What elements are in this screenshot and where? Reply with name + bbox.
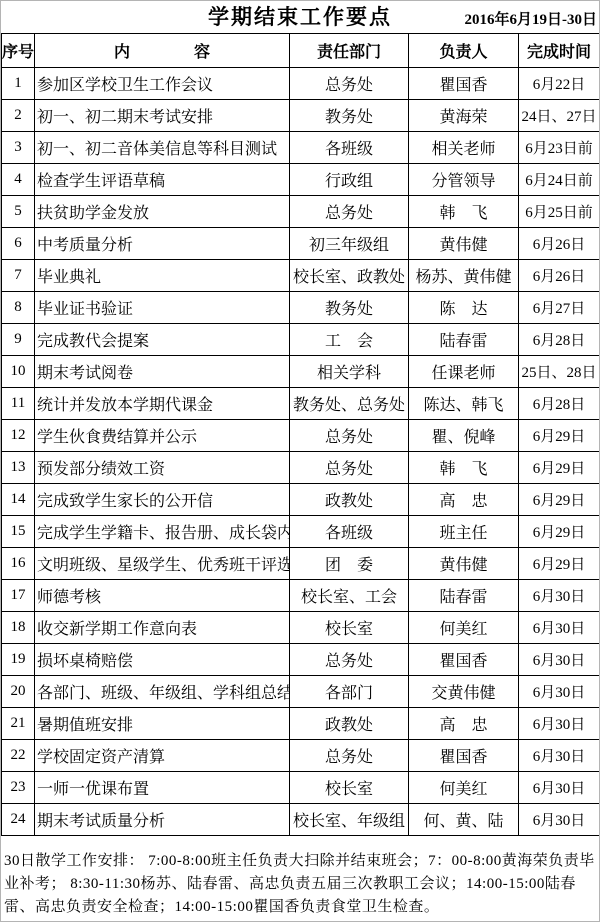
cell-person: 韩 飞 bbox=[409, 452, 519, 484]
dismissal-day-note: 30日散学工作安排： 7:00-8:00班主任负责大扫除并结束班会；7：00-8… bbox=[1, 836, 599, 919]
cell-number: 12 bbox=[2, 420, 35, 452]
table-row: 8 毕业证书验证 教务处 陈 达 6月27日 bbox=[2, 292, 600, 324]
cell-person: 任课老师 bbox=[409, 356, 519, 388]
table-row: 2 初一、初二期末考试安排 教务处 黄海荣 24日、27日 bbox=[2, 100, 600, 132]
cell-person: 陆春雷 bbox=[409, 580, 519, 612]
cell-number: 2 bbox=[2, 100, 35, 132]
table-row: 1 参加区学校卫生工作会议 总务处 瞿国香 6月22日 bbox=[2, 68, 600, 100]
cell-deadline: 6月25日前 bbox=[519, 196, 600, 228]
cell-department: 教务处 bbox=[290, 100, 409, 132]
cell-content: 师德考核 bbox=[35, 580, 290, 612]
cell-content: 扶贫助学金发放 bbox=[35, 196, 290, 228]
cell-number: 14 bbox=[2, 484, 35, 516]
cell-department: 校长室 bbox=[290, 612, 409, 644]
col-header-content: 内 容 bbox=[35, 34, 290, 68]
table-row: 11 统计并发放本学期代课金 教务处、总务处 陈达、韩飞 6月28日 bbox=[2, 388, 600, 420]
table-row: 7 毕业典礼 校长室、政教处 杨苏、黄伟健 6月26日 bbox=[2, 260, 600, 292]
table-row: 10 期末考试阅卷 相关学科 任课老师 25日、28日 bbox=[2, 356, 600, 388]
table-body: 1 参加区学校卫生工作会议 总务处 瞿国香 6月22日 2 初一、初二期末考试安… bbox=[2, 68, 600, 836]
cell-department: 总务处 bbox=[290, 420, 409, 452]
cell-department: 校长室、政教处 bbox=[290, 260, 409, 292]
table-row: 13 预发部分绩效工资 总务处 韩 飞 6月29日 bbox=[2, 452, 600, 484]
cell-person: 何、黄、陆 bbox=[409, 804, 519, 836]
cell-number: 17 bbox=[2, 580, 35, 612]
table-row: 5 扶贫助学金发放 总务处 韩 飞 6月25日前 bbox=[2, 196, 600, 228]
cell-content: 收交新学期工作意向表 bbox=[35, 612, 290, 644]
cell-department: 教务处、总务处 bbox=[290, 388, 409, 420]
cell-number: 15 bbox=[2, 516, 35, 548]
table-row: 6 中考质量分析 初三年级组 黄伟健 6月26日 bbox=[2, 228, 600, 260]
cell-number: 19 bbox=[2, 644, 35, 676]
cell-content: 期末考试阅卷 bbox=[35, 356, 290, 388]
table-row: 22 学校固定资产清算 总务处 瞿国香 6月30日 bbox=[2, 740, 600, 772]
cell-person: 韩 飞 bbox=[409, 196, 519, 228]
col-header-department: 责任部门 bbox=[290, 34, 409, 68]
cell-content: 毕业证书验证 bbox=[35, 292, 290, 324]
cell-department: 各班级 bbox=[290, 516, 409, 548]
cell-department: 校长室、年级组 bbox=[290, 804, 409, 836]
cell-deadline: 6月24日前 bbox=[519, 164, 600, 196]
cell-department: 教务处 bbox=[290, 292, 409, 324]
cell-person: 何美红 bbox=[409, 612, 519, 644]
cell-deadline: 6月28日 bbox=[519, 388, 600, 420]
cell-content: 学生伙食费结算并公示 bbox=[35, 420, 290, 452]
cell-content: 预发部分绩效工资 bbox=[35, 452, 290, 484]
cell-department: 总务处 bbox=[290, 196, 409, 228]
cell-content: 中考质量分析 bbox=[35, 228, 290, 260]
cell-number: 9 bbox=[2, 324, 35, 356]
table-row: 17 师德考核 校长室、工会 陆春雷 6月30日 bbox=[2, 580, 600, 612]
cell-deadline: 25日、28日 bbox=[519, 356, 600, 388]
work-items-table: 序号 内 容 责任部门 负责人 完成时间 1 参加区学校卫生工作会议 总务处 瞿… bbox=[1, 33, 600, 836]
cell-person: 瞿国香 bbox=[409, 740, 519, 772]
cell-department: 工 会 bbox=[290, 324, 409, 356]
cell-person: 黄海荣 bbox=[409, 100, 519, 132]
cell-content: 完成致学生家长的公开信 bbox=[35, 484, 290, 516]
cell-content: 完成教代会提案 bbox=[35, 324, 290, 356]
cell-content: 一师一优课布置 bbox=[35, 772, 290, 804]
table-row: 24 期末考试质量分析 校长室、年级组 何、黄、陆 6月30日 bbox=[2, 804, 600, 836]
cell-number: 6 bbox=[2, 228, 35, 260]
cell-department: 总务处 bbox=[290, 452, 409, 484]
cell-number: 22 bbox=[2, 740, 35, 772]
cell-person: 瞿、倪峰 bbox=[409, 420, 519, 452]
cell-content: 检查学生评语草稿 bbox=[35, 164, 290, 196]
cell-deadline: 6月30日 bbox=[519, 804, 600, 836]
cell-content: 毕业典礼 bbox=[35, 260, 290, 292]
cell-person: 交黄伟健 bbox=[409, 676, 519, 708]
cell-person: 何美红 bbox=[409, 772, 519, 804]
cell-person: 陈 达 bbox=[409, 292, 519, 324]
cell-person: 相关老师 bbox=[409, 132, 519, 164]
cell-deadline: 6月26日 bbox=[519, 228, 600, 260]
cell-deadline: 6月30日 bbox=[519, 644, 600, 676]
cell-content: 初一、初二音体美信息等科目测试 bbox=[35, 132, 290, 164]
cell-department: 初三年级组 bbox=[290, 228, 409, 260]
cell-deadline: 6月30日 bbox=[519, 612, 600, 644]
table-row: 4 检查学生评语草稿 行政组 分管领导 6月24日前 bbox=[2, 164, 600, 196]
cell-department: 政教处 bbox=[290, 484, 409, 516]
cell-deadline: 6月30日 bbox=[519, 708, 600, 740]
cell-person: 陆春雷 bbox=[409, 324, 519, 356]
header-row: 序号 内 容 责任部门 负责人 完成时间 bbox=[2, 34, 600, 68]
cell-person: 杨苏、黄伟健 bbox=[409, 260, 519, 292]
cell-number: 23 bbox=[2, 772, 35, 804]
cell-deadline: 6月29日 bbox=[519, 420, 600, 452]
cell-deadline: 6月22日 bbox=[519, 68, 600, 100]
cell-deadline: 6月23日前 bbox=[519, 132, 600, 164]
cell-content: 暑期值班安排 bbox=[35, 708, 290, 740]
cell-department: 团 委 bbox=[290, 548, 409, 580]
cell-person: 分管领导 bbox=[409, 164, 519, 196]
cell-number: 24 bbox=[2, 804, 35, 836]
cell-deadline: 6月29日 bbox=[519, 452, 600, 484]
cell-department: 校长室 bbox=[290, 772, 409, 804]
date-range: 2016年6月19日-30日 bbox=[465, 8, 598, 29]
table-row: 23 一师一优课布置 校长室 何美红 6月30日 bbox=[2, 772, 600, 804]
cell-department: 各部门 bbox=[290, 676, 409, 708]
cell-number: 3 bbox=[2, 132, 35, 164]
col-header-deadline: 完成时间 bbox=[519, 34, 600, 68]
title-bar: 学期结束工作要点 2016年6月19日-30日 bbox=[1, 1, 599, 33]
cell-content: 参加区学校卫生工作会议 bbox=[35, 68, 290, 100]
cell-department: 相关学科 bbox=[290, 356, 409, 388]
cell-number: 4 bbox=[2, 164, 35, 196]
cell-number: 8 bbox=[2, 292, 35, 324]
cell-person: 瞿国香 bbox=[409, 68, 519, 100]
cell-content: 学校固定资产清算 bbox=[35, 740, 290, 772]
cell-deadline: 6月27日 bbox=[519, 292, 600, 324]
cell-person: 瞿国香 bbox=[409, 644, 519, 676]
cell-deadline: 6月26日 bbox=[519, 260, 600, 292]
cell-number: 21 bbox=[2, 708, 35, 740]
cell-department: 政教处 bbox=[290, 708, 409, 740]
cell-deadline: 24日、27日 bbox=[519, 100, 600, 132]
cell-deadline: 6月30日 bbox=[519, 676, 600, 708]
cell-department: 行政组 bbox=[290, 164, 409, 196]
cell-number: 16 bbox=[2, 548, 35, 580]
cell-department: 校长室、工会 bbox=[290, 580, 409, 612]
col-header-number: 序号 bbox=[2, 34, 35, 68]
cell-person: 陈达、韩飞 bbox=[409, 388, 519, 420]
cell-person: 高 忠 bbox=[409, 708, 519, 740]
table-row: 15 完成学生学籍卡、报告册、成长袋内容 各班级 班主任 6月29日 bbox=[2, 516, 600, 548]
cell-department: 总务处 bbox=[290, 740, 409, 772]
table-row: 9 完成教代会提案 工 会 陆春雷 6月28日 bbox=[2, 324, 600, 356]
table-row: 18 收交新学期工作意向表 校长室 何美红 6月30日 bbox=[2, 612, 600, 644]
document-page: 学期结束工作要点 2016年6月19日-30日 序号 内 容 责任部门 负责人 … bbox=[0, 0, 600, 922]
table-row: 20 各部门、班级、年级组、学科组总结 各部门 交黄伟健 6月30日 bbox=[2, 676, 600, 708]
cell-deadline: 6月29日 bbox=[519, 548, 600, 580]
cell-number: 10 bbox=[2, 356, 35, 388]
cell-department: 总务处 bbox=[290, 68, 409, 100]
cell-department: 总务处 bbox=[290, 644, 409, 676]
cell-person: 班主任 bbox=[409, 516, 519, 548]
cell-person: 黄伟健 bbox=[409, 228, 519, 260]
cell-content: 各部门、班级、年级组、学科组总结 bbox=[35, 676, 290, 708]
cell-deadline: 6月30日 bbox=[519, 772, 600, 804]
table-row: 19 损坏桌椅赔偿 总务处 瞿国香 6月30日 bbox=[2, 644, 600, 676]
cell-content: 期末考试质量分析 bbox=[35, 804, 290, 836]
cell-number: 5 bbox=[2, 196, 35, 228]
table-row: 12 学生伙食费结算并公示 总务处 瞿、倪峰 6月29日 bbox=[2, 420, 600, 452]
cell-number: 7 bbox=[2, 260, 35, 292]
table-row: 14 完成致学生家长的公开信 政教处 高 忠 6月29日 bbox=[2, 484, 600, 516]
cell-number: 20 bbox=[2, 676, 35, 708]
cell-department: 各班级 bbox=[290, 132, 409, 164]
cell-content: 文明班级、星级学生、优秀班干评选 bbox=[35, 548, 290, 580]
cell-content: 完成学生学籍卡、报告册、成长袋内容 bbox=[35, 516, 290, 548]
cell-deadline: 6月29日 bbox=[519, 516, 600, 548]
cell-deadline: 6月28日 bbox=[519, 324, 600, 356]
cell-number: 13 bbox=[2, 452, 35, 484]
col-header-person: 负责人 bbox=[409, 34, 519, 68]
table-row: 21 暑期值班安排 政教处 高 忠 6月30日 bbox=[2, 708, 600, 740]
table-row: 16 文明班级、星级学生、优秀班干评选 团 委 黄伟健 6月29日 bbox=[2, 548, 600, 580]
cell-deadline: 6月30日 bbox=[519, 580, 600, 612]
cell-number: 11 bbox=[2, 388, 35, 420]
cell-number: 18 bbox=[2, 612, 35, 644]
table-row: 3 初一、初二音体美信息等科目测试 各班级 相关老师 6月23日前 bbox=[2, 132, 600, 164]
cell-number: 1 bbox=[2, 68, 35, 100]
cell-deadline: 6月30日 bbox=[519, 740, 600, 772]
cell-person: 黄伟健 bbox=[409, 548, 519, 580]
cell-content: 初一、初二期末考试安排 bbox=[35, 100, 290, 132]
cell-content: 损坏桌椅赔偿 bbox=[35, 644, 290, 676]
cell-person: 高 忠 bbox=[409, 484, 519, 516]
cell-deadline: 6月29日 bbox=[519, 484, 600, 516]
cell-content: 统计并发放本学期代课金 bbox=[35, 388, 290, 420]
